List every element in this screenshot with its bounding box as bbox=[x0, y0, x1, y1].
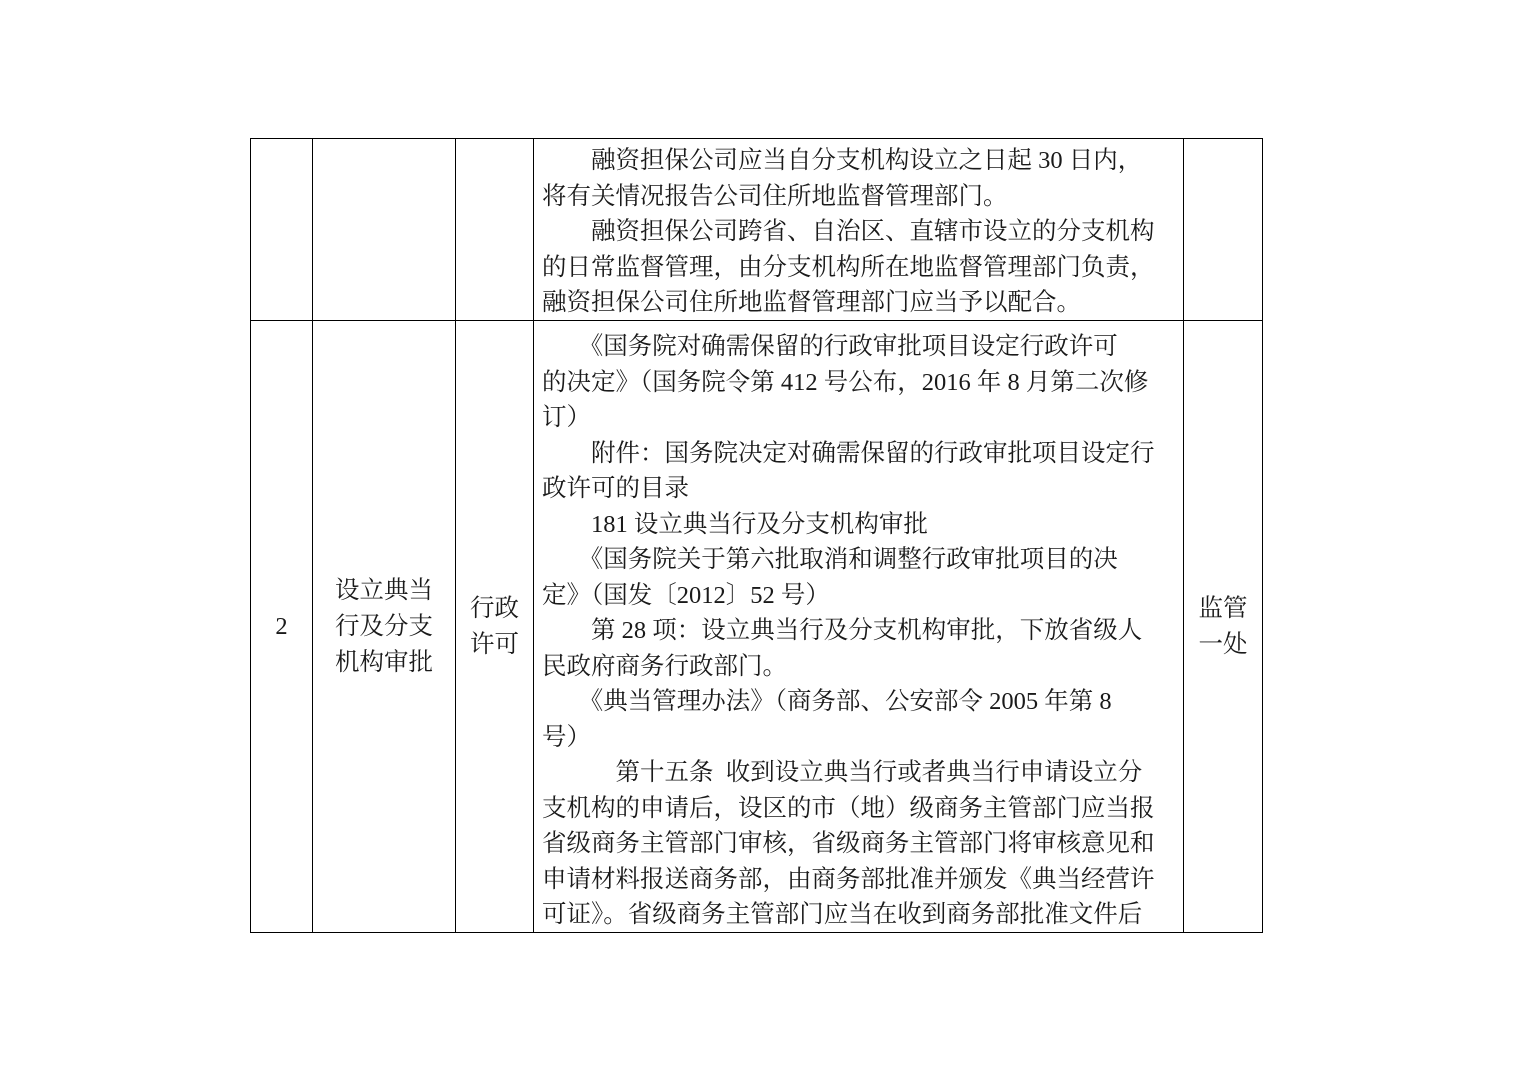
cell-category: 行政 许可 bbox=[456, 321, 534, 932]
cell-number-empty bbox=[251, 139, 313, 320]
cell-category-empty bbox=[456, 139, 534, 320]
cell-row-number: 2 bbox=[251, 321, 313, 932]
table-row-continuation: 融资担保公司应当自分支机构设立之日起 30 日内， 将有关情况报告公司住所地监督… bbox=[251, 139, 1262, 321]
cell-item-name-empty bbox=[313, 139, 456, 320]
document-page: 融资担保公司应当自分支机构设立之日起 30 日内， 将有关情况报告公司住所地监督… bbox=[0, 0, 1520, 1074]
cell-legal-basis-continuation: 融资担保公司应当自分支机构设立之日起 30 日内， 将有关情况报告公司住所地监督… bbox=[534, 139, 1184, 320]
regulation-table: 融资担保公司应当自分支机构设立之日起 30 日内， 将有关情况报告公司住所地监督… bbox=[250, 138, 1263, 933]
cell-department: 监管 一处 bbox=[1184, 321, 1262, 932]
cell-legal-basis: 《国务院对确需保留的行政审批项目设定行政许可 的决定》（国务院令第 412 号公… bbox=[534, 321, 1184, 932]
cell-item-name: 设立典当 行及分支 机构审批 bbox=[313, 321, 456, 932]
table-row-item-2: 2 设立典当 行及分支 机构审批 行政 许可 《国务院对确需保留的行政审批项目设… bbox=[251, 321, 1262, 932]
cell-department-empty bbox=[1184, 139, 1262, 320]
